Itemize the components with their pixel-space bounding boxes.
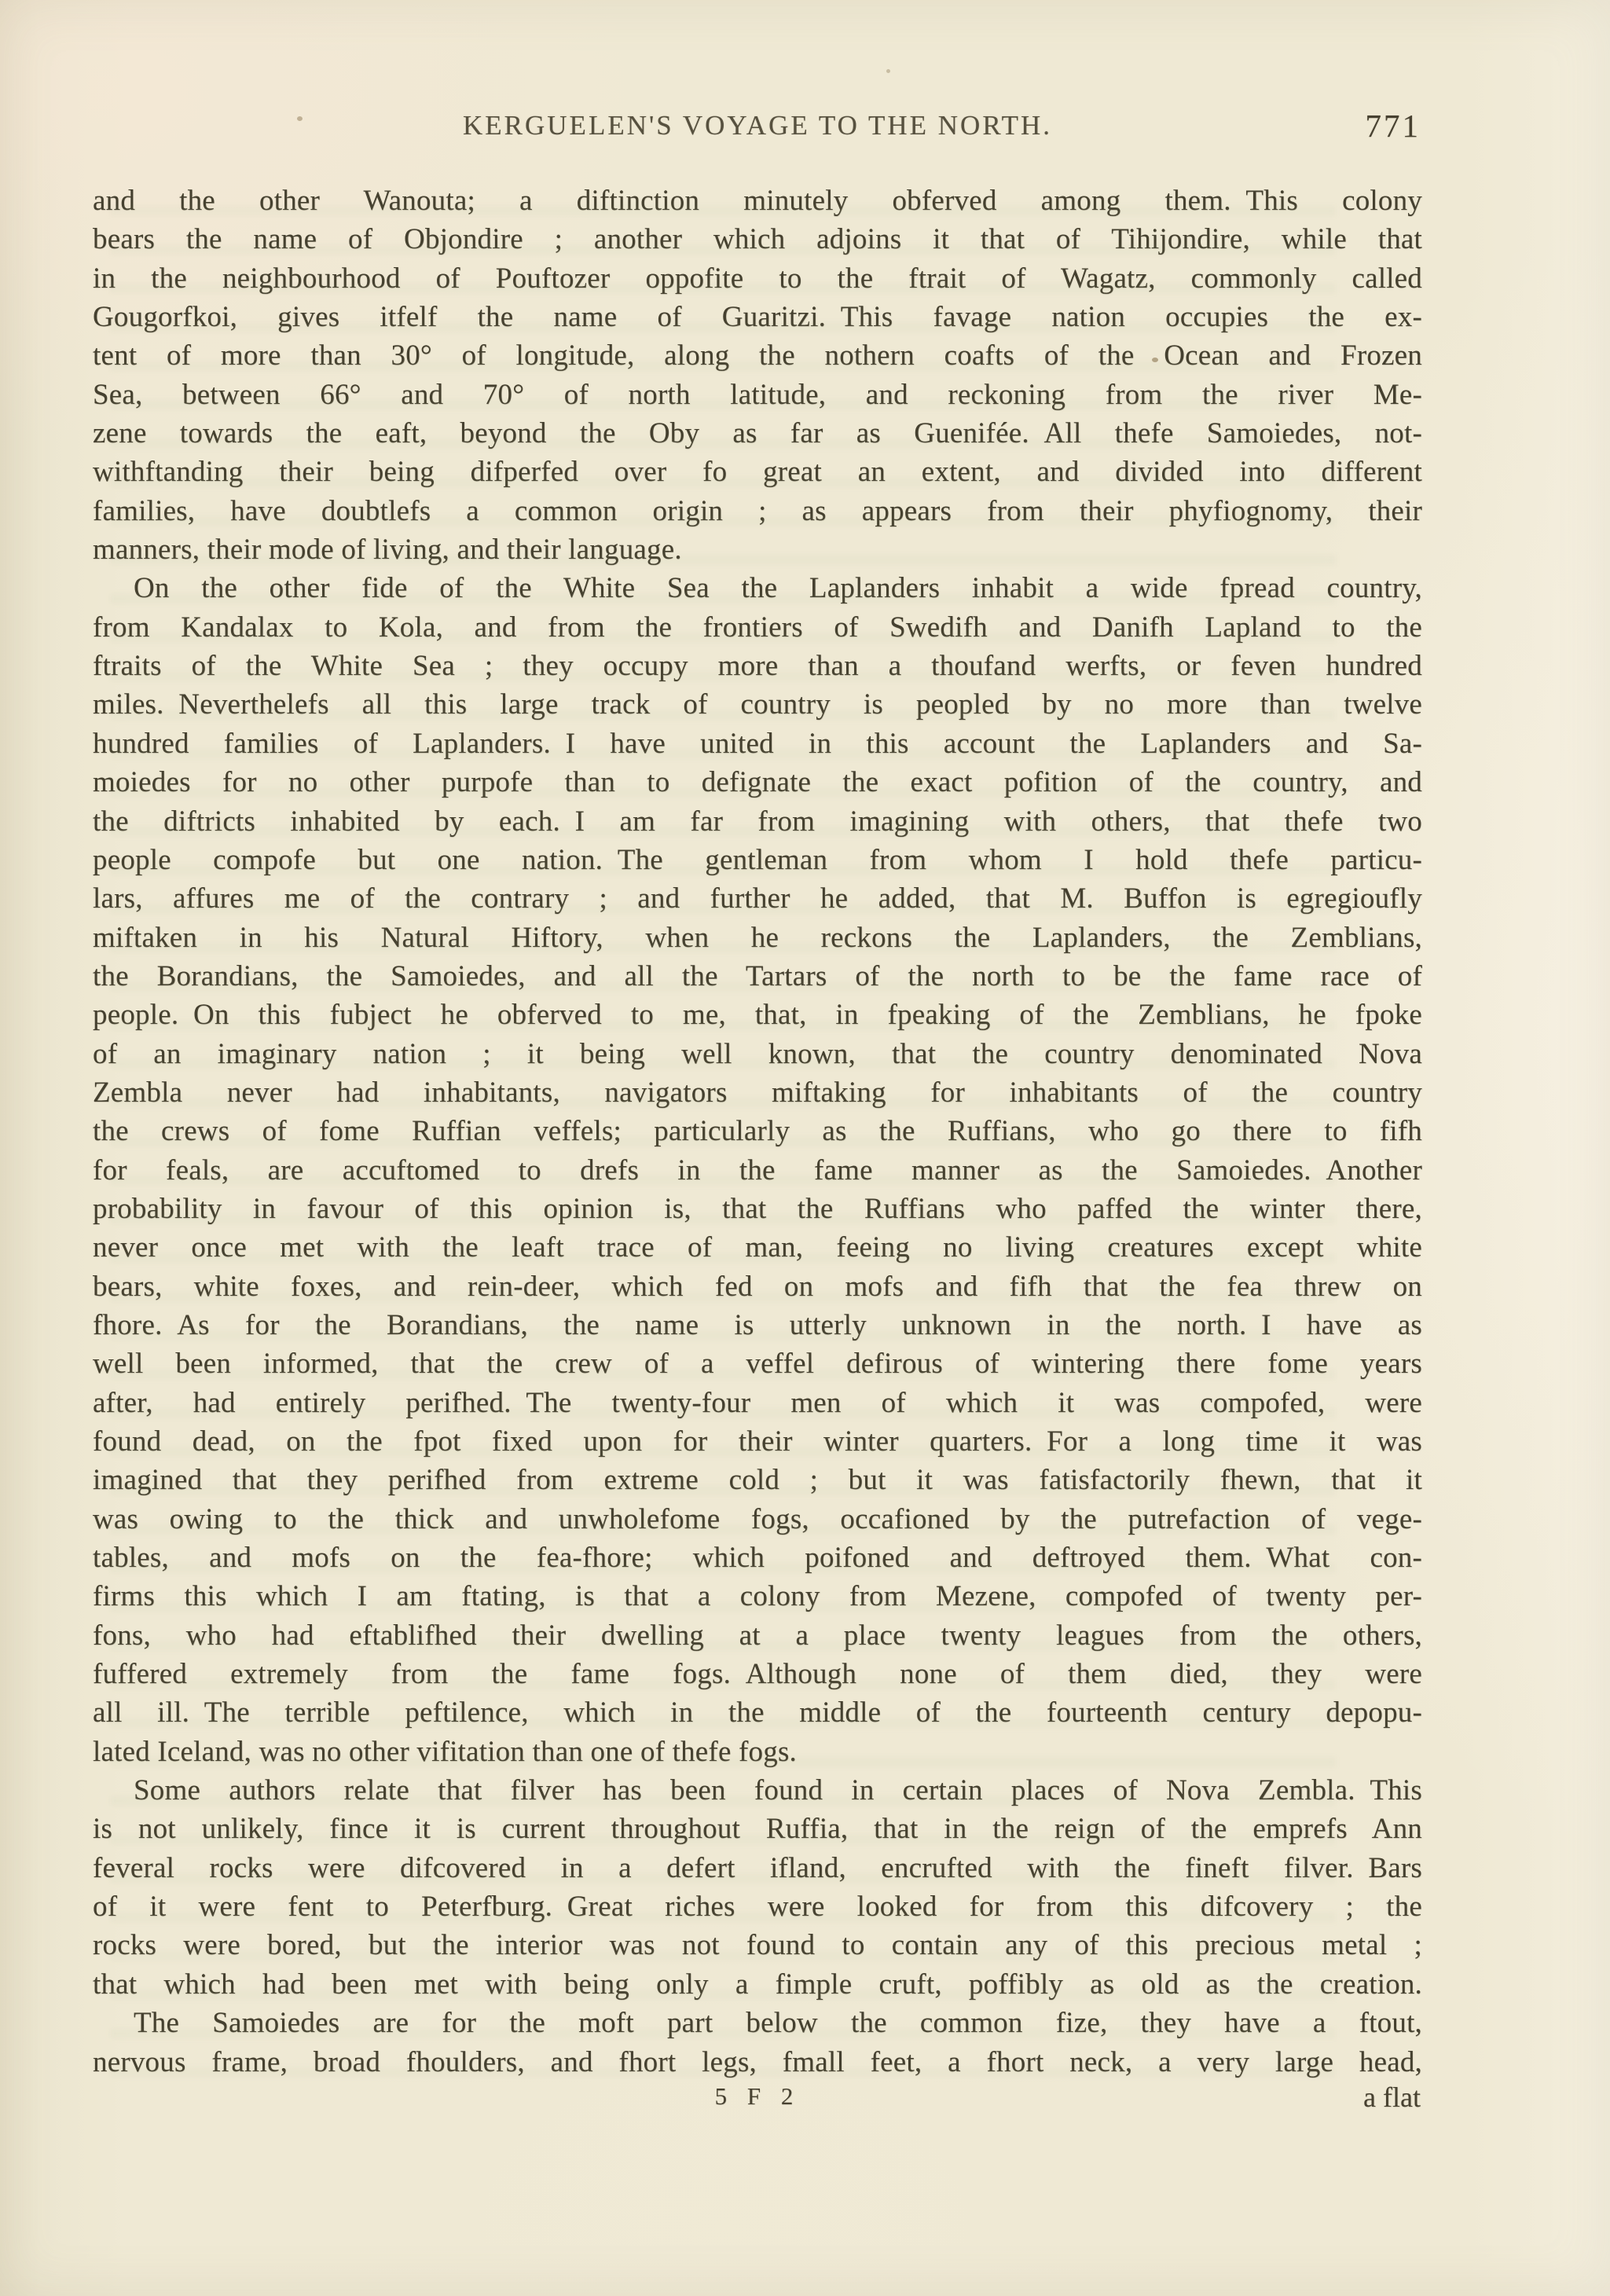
text-line: lars, affures me of the contrary ; and f… — [93, 879, 1422, 918]
page-number: 771 — [1366, 107, 1421, 145]
signature-mark: 5 F 2 — [715, 2082, 801, 2111]
paragraph: On the other fide of the White Sea the L… — [93, 569, 1422, 1771]
text-line: fons, who had eftablifhed their dwelling… — [93, 1616, 1422, 1655]
text-line: is not unlikely, fince it is current thr… — [93, 1810, 1422, 1848]
text-line: and the other Wanouta; a diftinction min… — [93, 182, 1422, 220]
text-line: after, had entirely perifhed. The twenty… — [93, 1384, 1422, 1422]
page-header: KERGUELEN'S VOYAGE TO THE NORTH. 771 — [93, 108, 1422, 152]
text-line: Sea, between 66° and 70° of north latitu… — [93, 376, 1422, 414]
text-line: Some authors relate that filver has been… — [93, 1771, 1422, 1810]
text-line: tent of more than 30° of longitude, alon… — [93, 336, 1422, 375]
text-line: tables, and mofs on the fea-fhore; which… — [93, 1539, 1422, 1577]
text-line: found dead, on the fpot fixed upon for t… — [93, 1422, 1422, 1461]
text-line: people compofe but one nation. The gentl… — [93, 841, 1422, 879]
text-line: fhore. As for the Borandians, the name i… — [93, 1306, 1422, 1344]
text-line: Zembla never had inhabitants, navigators… — [93, 1073, 1422, 1112]
text-block: and the other Wanouta; a diftinction min… — [93, 182, 1422, 2081]
book-page-scan: KERGUELEN'S VOYAGE TO THE NORTH. 771 and… — [0, 0, 1610, 2296]
text-line: The Samoiedes are for the moft part belo… — [93, 2004, 1422, 2042]
text-line: zene towards the eaft, beyond the Oby as… — [93, 414, 1422, 453]
paragraph: The Samoiedes are for the moft part belo… — [93, 2004, 1422, 2081]
paper-speck — [886, 69, 890, 73]
text-line: the crews of fome Ruffian veffels; parti… — [93, 1112, 1422, 1150]
running-header-title: KERGUELEN'S VOYAGE TO THE NORTH. — [463, 110, 1052, 141]
text-line: bears the name of Objondire ; another wh… — [93, 220, 1422, 259]
text-line: people. On this fubject he obferved to m… — [93, 996, 1422, 1034]
text-line: nervous frame, broad fhoulders, and fhor… — [93, 2043, 1422, 2081]
text-line: of it were fent to Peterfburg. Great ric… — [93, 1887, 1422, 1926]
text-line: of an imaginary nation ; it being well k… — [93, 1035, 1422, 1073]
text-line: moiedes for no other purpofe than to def… — [93, 763, 1422, 801]
text-line: never once met with the leaft trace of m… — [93, 1228, 1422, 1267]
text-line: ftraits of the White Sea ; they occupy m… — [93, 647, 1422, 685]
text-line: withftanding their being difperfed over … — [93, 453, 1422, 491]
text-line: for feals, are accuftomed to drefs in th… — [93, 1151, 1422, 1190]
text-line: firms this which I am ftating, is that a… — [93, 1577, 1422, 1616]
text-line: rocks were bored, but the interior was n… — [93, 1926, 1422, 1964]
text-line: the Borandians, the Samoiedes, and all t… — [93, 957, 1422, 996]
text-line: was owing to the thick and unwholefome f… — [93, 1500, 1422, 1539]
text-line: miles. Neverthelefs all this large track… — [93, 685, 1422, 724]
text-line: all ill. The terrible peftilence, which … — [93, 1693, 1422, 1732]
paragraph: and the other Wanouta; a diftinction min… — [93, 182, 1422, 569]
text-line: probability in favour of this opinion is… — [93, 1190, 1422, 1228]
text-line: the diftricts inhabited by each. I am fa… — [93, 802, 1422, 841]
text-line: feveral rocks were difcovered in a defer… — [93, 1849, 1422, 1887]
text-line: bears, white foxes, and rein-deer, which… — [93, 1267, 1422, 1306]
text-line: families, have doubtlefs a common origin… — [93, 492, 1422, 530]
text-line: that which had been met with being only … — [93, 1965, 1422, 2004]
text-line: from Kandalax to Kola, and from the fron… — [93, 608, 1422, 647]
text-line: hundred families of Laplanders. I have u… — [93, 724, 1422, 763]
text-line: fuffered extremely from the fame fogs. A… — [93, 1655, 1422, 1693]
text-line: On the other fide of the White Sea the L… — [93, 569, 1422, 607]
text-line: lated Iceland, was no other vifitation t… — [93, 1733, 1422, 1771]
text-line: in the neighbourhood of Pouftozer oppofi… — [93, 259, 1422, 298]
page-footer: 5 F 2 a flat — [93, 2081, 1422, 2122]
text-line: manners, their mode of living, and their… — [93, 530, 1422, 569]
text-line: well been informed, that the crew of a v… — [93, 1344, 1422, 1383]
text-line: Gougorfkoi, gives itfelf the name of Gua… — [93, 298, 1422, 336]
paragraph: Some authors relate that filver has been… — [93, 1771, 1422, 2004]
text-line: imagined that they perifhed from extreme… — [93, 1461, 1422, 1499]
text-line: miftaken in his Natural Hiftory, when he… — [93, 919, 1422, 957]
catchword: a flat — [1363, 2081, 1421, 2114]
